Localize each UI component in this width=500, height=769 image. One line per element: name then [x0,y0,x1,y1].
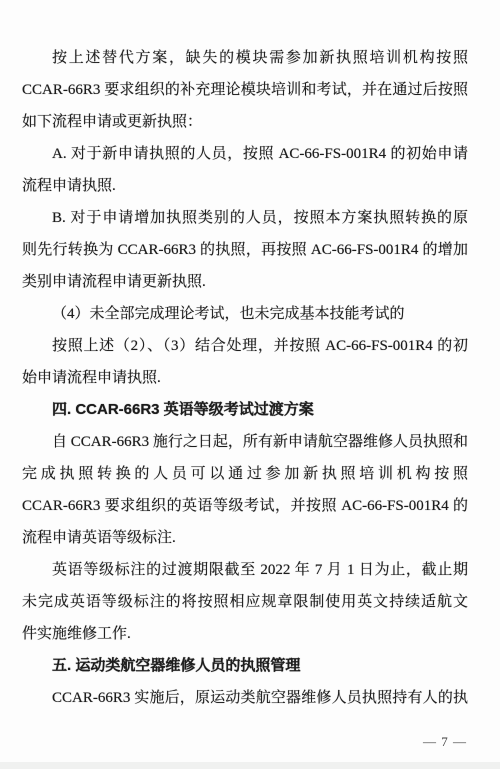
text-line: 件实施维修工作. [22,618,468,650]
text-line: 流程申请英语等级标注. [22,522,468,554]
text-line: 始申请流程申请执照. [22,362,468,394]
text-line: CCAR-66R3 要求组织的英语等级考试，并按照 AC-66-FS-001R4… [22,490,468,522]
text-line: 流程申请执照. [22,170,468,202]
text-line: （4）未全部完成理论考试，也未完成基本技能考试的 [22,298,468,330]
document-page: 按上述替代方案，缺失的模块需参加新执照培训机构按照CCAR-66R3 要求组织的… [0,0,500,769]
text-line: CCAR-66R3 实施后，原运动类航空器维修人员执照持有人的执 [22,682,468,714]
text-line: CCAR-66R3 要求组织的补充理论模块培训和考试，并在通过后按照 [22,74,468,106]
text-line: 如下流程申请或更新执照： [22,106,468,138]
section-heading-line: 四. CCAR-66R3 英语等级考试过渡方案 [22,394,468,426]
page-number: — 7 — [423,732,467,752]
document-content: 按上述替代方案，缺失的模块需参加新执照培训机构按照CCAR-66R3 要求组织的… [22,42,468,714]
text-line: 自 CCAR-66R3 施行之日起，所有新申请航空器维修人员执照和 [22,426,468,458]
text-line: 完成执照转换的人员可以通过参加新执照培训机构按照 [22,458,468,490]
section-heading-line: 五. 运动类航空器维修人员的执照管理 [22,650,468,682]
text-line: 英语等级标注的过渡期限截至 2022 年 7 月 1 日为止，截止期 [22,554,468,586]
text-line: 类别申请流程申请更新执照. [22,266,468,298]
text-line: 按上述替代方案，缺失的模块需参加新执照培训机构按照 [22,42,468,74]
scan-edge-strip [0,762,500,769]
text-line: 按照上述（2）、（3）结合处理，并按照 AC-66-FS-001R4 的初 [22,330,468,362]
text-line: 则先行转换为 CCAR-66R3 的执照，再按照 AC-66-FS-001R4 … [22,234,468,266]
text-line: B. 对于申请增加执照类别的人员，按照本方案执照转换的原 [22,202,468,234]
text-line: A. 对于新申请执照的人员，按照 AC-66-FS-001R4 的初始申请 [22,138,468,170]
text-line: 未完成英语等级标注的将按照相应规章限制使用英文持续适航文 [22,586,468,618]
